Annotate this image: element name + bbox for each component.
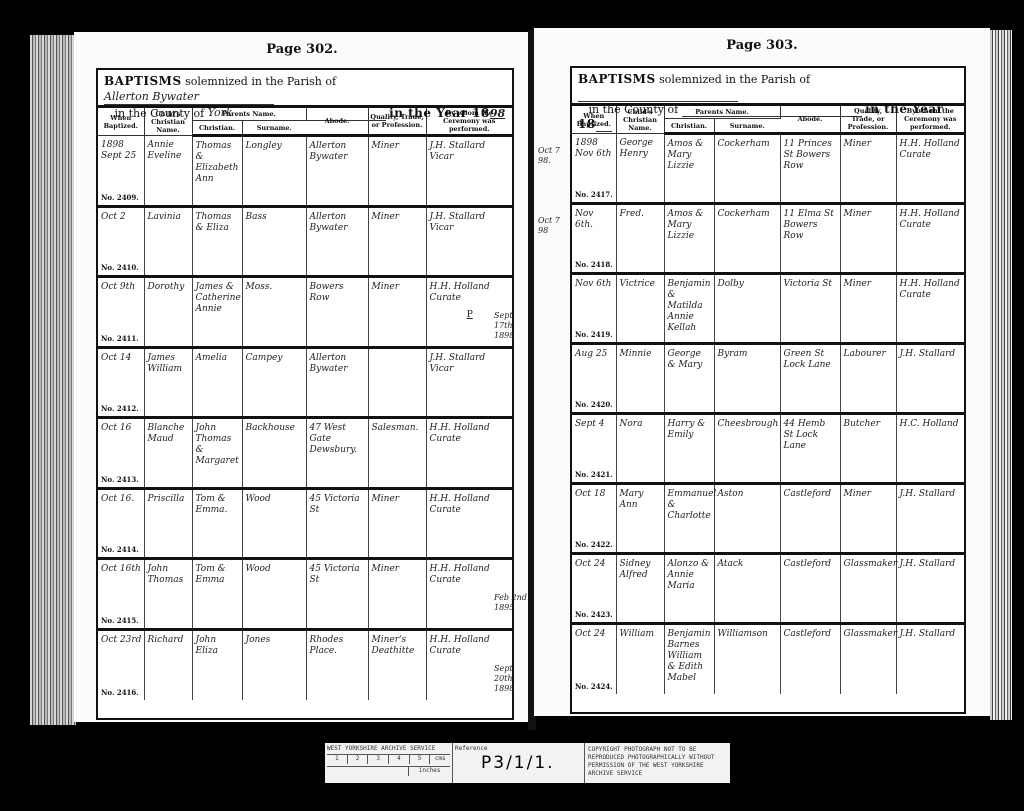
col-quality: Quality, Trade, or Profession. bbox=[368, 108, 426, 136]
register-entry-row: Oct 9thNo. 2411.DorothyJames & Catherine… bbox=[98, 277, 512, 348]
parents-christian-cell: Tom & Emma. bbox=[192, 488, 242, 559]
when-baptized-cell-text: Oct 16. bbox=[101, 494, 142, 505]
abode-cell: Rhodes Place. bbox=[306, 629, 368, 700]
quality-cell-text: Miner bbox=[844, 209, 894, 220]
surname-cell: Cheesbrough bbox=[714, 414, 780, 484]
when-baptized-cell-text: Oct 23rd bbox=[101, 635, 142, 646]
when-baptized-cell-text: 1898 Sept 25 bbox=[101, 140, 142, 162]
surname-cell: Dolby bbox=[714, 274, 780, 344]
quality-cell: Miner bbox=[368, 488, 426, 559]
col-christian: Christian. bbox=[664, 119, 714, 134]
abode-cell-text: 47 West Gate Dewsbury. bbox=[310, 423, 366, 456]
when-baptized-cell-text: 1898 Nov 6th bbox=[575, 138, 614, 160]
surname-cell: Williamson bbox=[714, 624, 780, 694]
baptism-register-left: BAPTISMS solemnized in the Parish of All… bbox=[96, 68, 514, 720]
surname-cell: Longley bbox=[242, 136, 306, 207]
quality-cell-text: Miner bbox=[844, 279, 894, 290]
quality-cell-text: Labourer bbox=[844, 349, 894, 360]
abode-cell: 11 Princes St Bowers Row bbox=[780, 134, 840, 204]
abode-cell-text: Bowers Row bbox=[310, 282, 366, 304]
abode-cell-text: Castleford bbox=[784, 559, 838, 570]
officiant-cell: J.H. Stallard bbox=[896, 344, 964, 414]
ruler-unit-cms: cms bbox=[430, 755, 450, 764]
officiant-cell: H.H. Holland Curate bbox=[896, 134, 964, 204]
child-name-cell-text: Nora bbox=[620, 419, 662, 430]
officiant-cell-text: H.H. Holland Curate bbox=[900, 139, 962, 161]
heading-baptisms: BAPTISMS bbox=[578, 72, 656, 86]
register-entry-row: Nov 6th.No. 2418.Fred.Amos & Mary Lizzie… bbox=[572, 204, 964, 274]
archive-ruler-panel: WEST YORKSHIRE ARCHIVE SERVICE 1 2 3 4 5… bbox=[325, 743, 453, 783]
register-entry-row: Sept 4No. 2421.NoraHarry & EmilyCheesbro… bbox=[572, 414, 964, 484]
register-entry-row: Oct 24No. 2423.Sidney AlfredAlonzo & Ann… bbox=[572, 554, 964, 624]
quality-cell-text: Miner bbox=[372, 141, 424, 152]
surname-cell-text: Cockerham bbox=[718, 209, 778, 220]
when-baptized-cell: Aug 25No. 2420. bbox=[572, 344, 616, 414]
entry-number: No. 2420. bbox=[575, 400, 613, 409]
officiant-cell-text: J.H. Stallard Vicar bbox=[430, 141, 510, 163]
surname-cell: Byram bbox=[714, 344, 780, 414]
quality-cell: Salesman. bbox=[368, 418, 426, 489]
surname-cell: Aston bbox=[714, 484, 780, 554]
entry-number: No. 2422. bbox=[575, 540, 613, 549]
quality-cell bbox=[368, 347, 426, 418]
entry-number: No. 2423. bbox=[575, 610, 613, 619]
parents-christian-cell-text: Benjamin Barnes William & Edith Mabel bbox=[668, 629, 712, 684]
abode-cell: Bowers Row bbox=[306, 277, 368, 348]
parents-christian-cell: Amos & Mary Lizzie bbox=[664, 134, 714, 204]
entry-number: No. 2417. bbox=[575, 190, 613, 199]
quality-cell-text: Salesman. bbox=[372, 423, 424, 434]
surname-cell: Cockerham bbox=[714, 134, 780, 204]
parish-field bbox=[578, 91, 738, 102]
abode-cell: 44 Hemb St Lock Lane bbox=[780, 414, 840, 484]
heading-baptisms: BAPTISMS bbox=[104, 74, 182, 88]
when-baptized-cell: Oct 16No. 2413. bbox=[98, 418, 144, 489]
abode-cell-text: Allerton Bywater bbox=[310, 141, 366, 163]
ruler-tick: 3 bbox=[368, 755, 389, 764]
page-number: Page 303. bbox=[534, 38, 990, 53]
reference-panel: Reference P3/1/1. bbox=[453, 743, 585, 783]
archive-service-name: WEST YORKSHIRE ARCHIVE SERVICE bbox=[327, 745, 450, 752]
child-name-cell: William bbox=[616, 624, 664, 694]
surname-cell-text: Byram bbox=[718, 349, 778, 360]
officiant-cell: H.H. Holland Curate bbox=[426, 488, 512, 559]
parents-christian-cell: James & Catherine Annie bbox=[192, 277, 242, 348]
quality-cell: Miner bbox=[368, 277, 426, 348]
ruler-tick: 2 bbox=[348, 755, 369, 764]
when-baptized-cell: Oct 18No. 2422. bbox=[572, 484, 616, 554]
child-name-cell: Blanche Maud bbox=[144, 418, 192, 489]
surname-cell: Backhouse bbox=[242, 418, 306, 489]
surname-cell-text: Longley bbox=[246, 141, 304, 152]
quality-cell-text: Miner's Deathitte bbox=[372, 635, 424, 657]
register-table: When Baptized. Child's Christian Name. P… bbox=[98, 108, 512, 700]
surname-cell-text: Jones bbox=[246, 635, 304, 646]
when-baptized-cell-text: Nov 6th bbox=[575, 279, 614, 290]
abode-cell-text: 11 Elma St Bowers Row bbox=[784, 209, 838, 242]
when-baptized-cell-text: Oct 18 bbox=[575, 489, 614, 500]
book-page-edges-right bbox=[990, 30, 1012, 720]
entry-number: No. 2415. bbox=[101, 616, 139, 625]
surname-cell: Wood bbox=[242, 559, 306, 630]
register-entry-row: Oct 16.No. 2414.PriscillaTom & Emma.Wood… bbox=[98, 488, 512, 559]
margin-note: Oct 7 98. bbox=[538, 146, 572, 166]
entry-number: No. 2411. bbox=[101, 334, 139, 343]
register-entry-row: Oct 24No. 2424.WilliamBenjamin Barnes Wi… bbox=[572, 624, 964, 694]
when-baptized-cell: Oct 9thNo. 2411. bbox=[98, 277, 144, 348]
parents-christian-cell-text: Amos & Mary Lizzie bbox=[668, 209, 712, 242]
quality-cell: Miner bbox=[840, 204, 896, 274]
surname-cell: Bass bbox=[242, 206, 306, 277]
ruler-tick: 1 bbox=[327, 755, 348, 764]
officiant-cell: H.H. Holland Curate bbox=[896, 274, 964, 344]
officiant-cell-text: H.H. Holland Curate bbox=[900, 209, 962, 231]
quality-cell-text: Miner bbox=[372, 212, 424, 223]
child-name-cell: Dorothy bbox=[144, 277, 192, 348]
col-surname: Surname. bbox=[714, 119, 780, 134]
abode-cell-text: Green St Lock Lane bbox=[784, 349, 838, 371]
officiant-cell-text: J.H. Stallard Vicar bbox=[430, 212, 510, 234]
right-page: Page 303. BAPTISMS solemnized in the Par… bbox=[534, 28, 990, 716]
when-baptized-cell-text: Oct 14 bbox=[101, 353, 142, 364]
surname-cell-text: Moss. bbox=[246, 282, 304, 293]
child-name-cell-text: John Thomas bbox=[148, 564, 190, 586]
quality-cell-text: Glassmaker bbox=[844, 559, 894, 570]
child-name-cell-text: Priscilla bbox=[148, 494, 190, 505]
quality-cell: Miner bbox=[840, 484, 896, 554]
surname-cell: Campey bbox=[242, 347, 306, 418]
parents-christian-cell: Harry & Emily bbox=[664, 414, 714, 484]
child-name-cell: George Henry bbox=[616, 134, 664, 204]
heading-solemnized: solemnized in the Parish of bbox=[185, 75, 336, 88]
entry-number: No. 2412. bbox=[101, 404, 139, 413]
when-baptized-cell-text: Nov 6th. bbox=[575, 209, 614, 231]
entry-number: No. 2409. bbox=[101, 193, 139, 202]
ruler-unit-inches: inches bbox=[409, 767, 450, 776]
officiant-cell: J.H. Stallard Vicar bbox=[426, 347, 512, 418]
surname-cell: Moss. bbox=[242, 277, 306, 348]
child-name-cell-text: Fred. bbox=[620, 209, 662, 220]
entry-number: No. 2424. bbox=[575, 682, 613, 691]
abode-cell-text: 45 Victoria St bbox=[310, 494, 366, 516]
officiant-cell-text: H.H. Holland Curate bbox=[430, 635, 510, 657]
cm-ruler: 1 2 3 4 5 cms bbox=[327, 754, 450, 764]
officiant-cell: J.H. Stallard Vicar bbox=[426, 136, 512, 207]
parents-christian-cell-text: Emmanuel & Charlotte bbox=[668, 489, 712, 522]
register-entry-row: Oct 18No. 2422.Mary AnnEmmanuel & Charlo… bbox=[572, 484, 964, 554]
when-baptized-cell: Oct 2No. 2410. bbox=[98, 206, 144, 277]
officiant-cell-text: J.H. Stallard bbox=[900, 349, 962, 360]
parents-christian-cell-text: James & Catherine Annie bbox=[196, 282, 240, 315]
officiant-cell-text: H.H. Holland Curate bbox=[430, 494, 510, 516]
ruler-tick: 5 bbox=[410, 755, 431, 764]
abode-cell: Allerton Bywater bbox=[306, 136, 368, 207]
left-page: Page 302. BAPTISMS solemnized in the Par… bbox=[74, 32, 530, 722]
quality-cell-text: Miner bbox=[844, 489, 894, 500]
when-baptized-cell-text: Oct 24 bbox=[575, 629, 614, 640]
when-baptized-cell: Sept 4No. 2421. bbox=[572, 414, 616, 484]
surname-cell: Jones bbox=[242, 629, 306, 700]
child-name-cell-text: Victrice bbox=[620, 279, 662, 290]
when-baptized-cell-text: Aug 25 bbox=[575, 349, 614, 360]
officiant-cell: H.H. Holland Curate bbox=[426, 418, 512, 489]
abode-cell: 11 Elma St Bowers Row bbox=[780, 204, 840, 274]
quality-cell: Miner bbox=[368, 559, 426, 630]
abode-cell-text: Allerton Bywater bbox=[310, 353, 366, 375]
child-name-cell: Mary Ann bbox=[616, 484, 664, 554]
quality-cell-text: Glassmaker bbox=[844, 629, 894, 640]
archive-reference-strip: WEST YORKSHIRE ARCHIVE SERVICE 1 2 3 4 5… bbox=[325, 743, 730, 783]
abode-cell-text: Castleford bbox=[784, 629, 838, 640]
register-heading: BAPTISMS solemnized in the Parish of in … bbox=[572, 68, 964, 106]
entry-number: No. 2418. bbox=[575, 260, 613, 269]
inch-ruler: inches bbox=[327, 766, 450, 776]
register-entry-row: Aug 25No. 2420.MinnieGeorge & MaryByramG… bbox=[572, 344, 964, 414]
when-baptized-cell-text: Sept 4 bbox=[575, 419, 614, 430]
quality-cell-text: Miner bbox=[372, 282, 424, 293]
parents-christian-cell: Amos & Mary Lizzie bbox=[664, 204, 714, 274]
officiant-cell-text: H.H. Holland Curate bbox=[430, 282, 510, 304]
margin-note: Sept 17th 1898 bbox=[494, 311, 528, 341]
parents-christian-cell: Alonzo & Annie Maria bbox=[664, 554, 714, 624]
surname-cell-text: Williamson bbox=[718, 629, 778, 640]
when-baptized-cell: Oct 14No. 2412. bbox=[98, 347, 144, 418]
child-name-cell: Fred. bbox=[616, 204, 664, 274]
officiant-cell-text: H.H. Holland Curate bbox=[430, 564, 510, 586]
parents-christian-cell-text: Benjamin & Matilda Annie Kellah bbox=[668, 279, 712, 334]
officiant-cell-text: J.H. Stallard Vicar bbox=[430, 353, 510, 375]
abode-cell: Allerton Bywater bbox=[306, 347, 368, 418]
surname-cell-text: Atack bbox=[718, 559, 778, 570]
parents-christian-cell: Benjamin & Matilda Annie Kellah bbox=[664, 274, 714, 344]
child-name-cell-text: Annie Eveline bbox=[148, 140, 190, 162]
margin-note: Sept 20th 1898 bbox=[494, 664, 528, 694]
ruler-tick: 4 bbox=[389, 755, 410, 764]
entry-number: No. 2410. bbox=[101, 263, 139, 272]
child-name-cell-text: Richard bbox=[148, 635, 190, 646]
quality-cell: Miner bbox=[368, 136, 426, 207]
quality-cell-text: Butcher bbox=[844, 419, 894, 430]
surname-cell-text: Cockerham bbox=[718, 139, 778, 150]
child-name-cell: Victrice bbox=[616, 274, 664, 344]
parents-christian-cell: George & Mary bbox=[664, 344, 714, 414]
child-name-cell-text: Sidney Alfred bbox=[620, 559, 662, 581]
officiant-cell-text: J.H. Stallard bbox=[900, 489, 962, 500]
register-heading: BAPTISMS solemnized in the Parish of All… bbox=[98, 70, 512, 108]
quality-cell: Butcher bbox=[840, 414, 896, 484]
parents-christian-cell-text: Alonzo & Annie Maria bbox=[668, 559, 712, 592]
col-surname: Surname. bbox=[242, 121, 306, 136]
register-entry-row: Oct 2No. 2410.LaviniaThomas & ElizaBassA… bbox=[98, 206, 512, 277]
abode-cell-text: Allerton Bywater bbox=[310, 212, 366, 234]
child-name-cell-text: Dorothy bbox=[148, 282, 190, 293]
register-entry-row: Oct 23rdNo. 2416.RichardJohn ElizaJonesR… bbox=[98, 629, 512, 700]
quality-cell-text: Miner bbox=[372, 494, 424, 505]
abode-cell: Castleford bbox=[780, 624, 840, 694]
when-baptized-cell: Oct 23rdNo. 2416. bbox=[98, 629, 144, 700]
register-entry-row: 1898 Sept 25No. 2409.Annie EvelineThomas… bbox=[98, 136, 512, 207]
heading-solemnized: solemnized in the Parish of bbox=[659, 73, 810, 86]
child-name-cell-text: James William bbox=[148, 353, 190, 375]
when-baptized-cell: Oct 24No. 2423. bbox=[572, 554, 616, 624]
entry-number: No. 2419. bbox=[575, 330, 613, 339]
abode-cell-text: Victoria St bbox=[784, 279, 838, 290]
child-name-cell-text: Mary Ann bbox=[620, 489, 662, 511]
officiant-cell-text: H.C. Holland bbox=[900, 419, 962, 430]
parents-christian-cell-text: George & Mary bbox=[668, 349, 712, 371]
child-name-cell: Priscilla bbox=[144, 488, 192, 559]
surname-cell-text: Cheesbrough bbox=[718, 419, 778, 430]
abode-cell-text: Rhodes Place. bbox=[310, 635, 366, 657]
when-baptized-cell-text: Oct 24 bbox=[575, 559, 614, 570]
surname-cell: Atack bbox=[714, 554, 780, 624]
parish-field: Allerton Bywater bbox=[104, 89, 274, 105]
copyright-notice: COPYRIGHT PHOTOGRAPH NOT TO BE REPRODUCE… bbox=[585, 743, 730, 783]
child-name-cell-text: Lavinia bbox=[148, 212, 190, 223]
when-baptized-cell: 1898 Sept 25No. 2409. bbox=[98, 136, 144, 207]
abode-cell-text: 45 Victoria St bbox=[310, 564, 366, 586]
abode-cell: 45 Victoria St bbox=[306, 488, 368, 559]
margin-note: Oct 7 98 bbox=[538, 216, 572, 236]
register-entry-row: Oct 14No. 2412.James WilliamAmeliaCampey… bbox=[98, 347, 512, 418]
when-baptized-cell: Oct 16.No. 2414. bbox=[98, 488, 144, 559]
surname-cell-text: Bass bbox=[246, 212, 304, 223]
quality-cell: Glassmaker bbox=[840, 624, 896, 694]
parents-christian-cell: Amelia bbox=[192, 347, 242, 418]
abode-cell-text: 11 Princes St Bowers Row bbox=[784, 139, 838, 172]
quality-cell: Miner bbox=[368, 206, 426, 277]
child-name-cell: Sidney Alfred bbox=[616, 554, 664, 624]
child-name-cell: Annie Eveline bbox=[144, 136, 192, 207]
parents-christian-cell: Thomas & Elizabeth Ann bbox=[192, 136, 242, 207]
child-name-cell: Lavinia bbox=[144, 206, 192, 277]
parents-christian-cell: Emmanuel & Charlotte bbox=[664, 484, 714, 554]
officiant-cell-text: H.H. Holland Curate bbox=[900, 279, 962, 301]
entry-number: No. 2413. bbox=[101, 475, 139, 484]
officiant-cell: H.H. Holland Curate bbox=[896, 204, 964, 274]
when-baptized-cell-text: Oct 9th bbox=[101, 282, 142, 293]
register-entry-row: Oct 16thNo. 2415.John ThomasTom & EmmaWo… bbox=[98, 559, 512, 630]
child-name-cell: John Thomas bbox=[144, 559, 192, 630]
quality-cell: Miner bbox=[840, 134, 896, 204]
register-entry-row: 1898 Nov 6thNo. 2417.George HenryAmos & … bbox=[572, 134, 964, 204]
parents-christian-cell-text: Amelia bbox=[196, 353, 240, 364]
page-number: Page 302. bbox=[74, 42, 530, 57]
when-baptized-cell: Nov 6th.No. 2418. bbox=[572, 204, 616, 274]
parents-christian-cell-text: John Thomas & Margaret bbox=[196, 423, 240, 467]
parents-christian-cell-text: Tom & Emma bbox=[196, 564, 240, 586]
abode-cell: 45 Victoria St bbox=[306, 559, 368, 630]
child-name-cell-text: Blanche Maud bbox=[148, 423, 190, 445]
when-baptized-cell-text: Oct 16th bbox=[101, 564, 142, 575]
parents-christian-cell-text: Tom & Emma. bbox=[196, 494, 240, 516]
abode-cell: Green St Lock Lane bbox=[780, 344, 840, 414]
register-table: When Baptized. Child's Christian Name. P… bbox=[572, 106, 964, 694]
when-baptized-cell: 1898 Nov 6thNo. 2417. bbox=[572, 134, 616, 204]
parents-christian-cell-text: Amos & Mary Lizzie bbox=[668, 139, 712, 172]
parents-christian-cell: John Thomas & Margaret bbox=[192, 418, 242, 489]
quality-cell: Glassmaker bbox=[840, 554, 896, 624]
child-name-cell: James William bbox=[144, 347, 192, 418]
when-baptized-cell: Nov 6thNo. 2419. bbox=[572, 274, 616, 344]
when-baptized-cell: Oct 16thNo. 2415. bbox=[98, 559, 144, 630]
surname-cell: Wood bbox=[242, 488, 306, 559]
child-name-cell-text: Minnie bbox=[620, 349, 662, 360]
officiant-cell: J.H. Stallard Vicar bbox=[426, 206, 512, 277]
when-baptized-cell: Oct 24No. 2424. bbox=[572, 624, 616, 694]
abode-cell-text: 44 Hemb St Lock Lane bbox=[784, 419, 838, 452]
entry-number: No. 2421. bbox=[575, 470, 613, 479]
book-page-edges-left bbox=[30, 35, 76, 725]
abode-cell: 47 West Gate Dewsbury. bbox=[306, 418, 368, 489]
officiant-cell-text: H.H. Holland Curate bbox=[430, 423, 510, 445]
surname-cell-text: Backhouse bbox=[246, 423, 304, 434]
child-name-cell: Nora bbox=[616, 414, 664, 484]
child-name-cell-text: George Henry bbox=[620, 138, 662, 160]
surname-cell-text: Aston bbox=[718, 489, 778, 500]
quality-cell: Miner bbox=[840, 274, 896, 344]
parents-christian-cell-text: John Eliza bbox=[196, 635, 240, 657]
surname-cell-text: Campey bbox=[246, 353, 304, 364]
quality-cell: Miner's Deathitte bbox=[368, 629, 426, 700]
col-christian: Christian. bbox=[192, 121, 242, 136]
quality-cell-text: Miner bbox=[372, 564, 424, 575]
officiant-cell: H.C. Holland bbox=[896, 414, 964, 484]
entry-number: No. 2414. bbox=[101, 545, 139, 554]
when-baptized-cell-text: Oct 16 bbox=[101, 423, 142, 434]
child-name-cell: Minnie bbox=[616, 344, 664, 414]
parents-christian-cell: Tom & Emma bbox=[192, 559, 242, 630]
officiant-cell: J.H. Stallard bbox=[896, 484, 964, 554]
parents-christian-cell-text: Thomas & Elizabeth Ann bbox=[196, 141, 240, 185]
officiant-cell-text: J.H. Stallard bbox=[900, 629, 962, 640]
officiant-cell-text: J.H. Stallard bbox=[900, 559, 962, 570]
surname-cell-text: Wood bbox=[246, 494, 304, 505]
parents-christian-cell-text: Thomas & Eliza bbox=[196, 212, 240, 234]
margin-note: Feb 2nd 1895 bbox=[494, 593, 528, 613]
when-baptized-cell-text: Oct 2 bbox=[101, 212, 142, 223]
parents-christian-cell: Thomas & Eliza bbox=[192, 206, 242, 277]
surname-cell-text: Wood bbox=[246, 564, 304, 575]
quality-cell: Labourer bbox=[840, 344, 896, 414]
officiant-cell: J.H. Stallard bbox=[896, 624, 964, 694]
child-name-cell-text: William bbox=[620, 629, 662, 640]
baptism-register-right: BAPTISMS solemnized in the Parish of in … bbox=[570, 66, 966, 714]
child-name-cell: Richard bbox=[144, 629, 192, 700]
abode-cell: Castleford bbox=[780, 554, 840, 624]
abode-cell: Allerton Bywater bbox=[306, 206, 368, 277]
officiant-cell: J.H. Stallard bbox=[896, 554, 964, 624]
surname-cell-text: Dolby bbox=[718, 279, 778, 290]
abode-cell-text: Castleford bbox=[784, 489, 838, 500]
col-by-whom: By whom the Ceremony was performed. bbox=[896, 106, 964, 134]
parents-christian-cell: Benjamin Barnes William & Edith Mabel bbox=[664, 624, 714, 694]
parents-christian-cell: John Eliza bbox=[192, 629, 242, 700]
parents-christian-cell-text: Harry & Emily bbox=[668, 419, 712, 441]
register-entry-row: Nov 6thNo. 2419.VictriceBenjamin & Matil… bbox=[572, 274, 964, 344]
quality-cell-text: Miner bbox=[844, 139, 894, 150]
abode-cell: Victoria St bbox=[780, 274, 840, 344]
reference-label: Reference bbox=[455, 745, 582, 752]
register-entry-row: Oct 16No. 2413.Blanche MaudJohn Thomas &… bbox=[98, 418, 512, 489]
reference-value: P3/1/1. bbox=[481, 753, 555, 773]
surname-cell: Cockerham bbox=[714, 204, 780, 274]
abode-cell: Castleford bbox=[780, 484, 840, 554]
entry-number: No. 2416. bbox=[101, 688, 139, 697]
